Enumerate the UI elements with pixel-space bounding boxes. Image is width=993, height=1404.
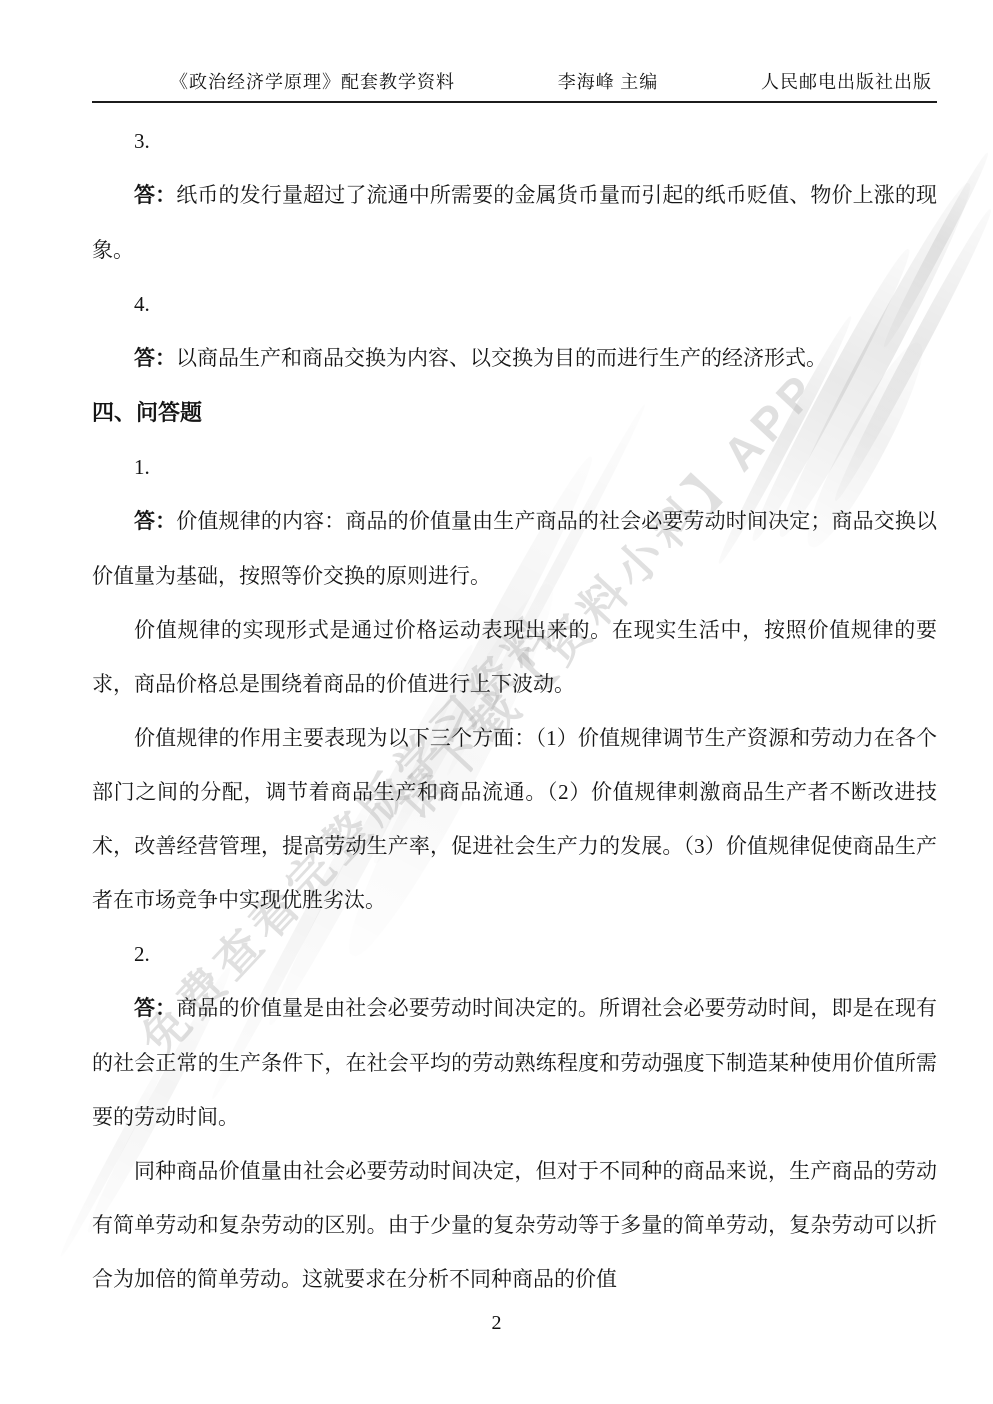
text-run: 四、问答题: [92, 400, 202, 425]
header-publisher: 人民邮电出版社出版: [761, 68, 932, 94]
text-run: 3.: [134, 129, 150, 153]
text-run: 2.: [134, 942, 150, 966]
header-rule: [92, 101, 937, 103]
paragraph: 价值规律的作用主要表现为以下三个方面：（1）价值规律调节生产资源和劳动力在各个部…: [92, 711, 937, 927]
text-run: 价值规律的内容：商品的价值量由生产商品的社会必要劳动时间决定；商品交换以价值量为…: [92, 509, 937, 588]
page-header: 《政治经济学原理》配套教学资料 李海峰 主编 人民邮电出版社出版: [92, 68, 937, 102]
text-run: 价值规律的作用主要表现为以下三个方面：（1）价值规律调节生产资源和劳动力在各个部…: [92, 726, 937, 912]
paragraph: 价值规律的实现形式是通过价格运动表现出来的。在现实生活中，按照价值规律的要求，商…: [92, 603, 937, 711]
header-editor: 李海峰 主编: [558, 68, 659, 94]
page-number: 2: [492, 1312, 502, 1334]
text-run: 1.: [134, 455, 150, 479]
text-run: 答：: [134, 510, 176, 533]
paragraph: 答：价值规律的内容：商品的价值量由生产商品的社会必要劳动时间决定；商品交换以价值…: [92, 494, 937, 603]
header-row: 《政治经济学原理》配套教学资料 李海峰 主编 人民邮电出版社出版: [170, 68, 932, 94]
document-body: 3.答：纸币的发行量超过了流通中所需要的金属货币量而引起的纸币贬值、物价上涨的现…: [92, 114, 937, 1306]
paragraph: 4.: [92, 277, 937, 331]
header-book-title: 《政治经济学原理》配套教学资料: [170, 68, 455, 94]
page-footer: 2: [0, 1312, 993, 1335]
text-run: 以商品生产和商品交换为内容、以交换为目的而进行生产的经济形式。: [176, 346, 827, 370]
paragraph: 答：商品的价值量是由社会必要劳动时间决定的。所谓社会必要劳动时间，即是在现有的社…: [92, 981, 937, 1144]
text-run: 纸币的发行量超过了流通中所需要的金属货币量而引起的纸币贬值、物价上涨的现象。: [92, 183, 937, 262]
text-run: 答：: [134, 997, 176, 1020]
paragraph: 答：纸币的发行量超过了流通中所需要的金属货币量而引起的纸币贬值、物价上涨的现象。: [92, 168, 937, 277]
paragraph: 2.: [92, 927, 937, 981]
document-page: 免费查看完整版学习资料 请下载【资料小料】APP 《政治经济学原理》配套教学资料…: [0, 0, 993, 1404]
paragraph: 答：以商品生产和商品交换为内容、以交换为目的而进行生产的经济形式。: [92, 331, 937, 386]
paragraph: 同种商品价值量由社会必要劳动时间决定，但对于不同种的商品来说，生产商品的劳动有简…: [92, 1144, 937, 1306]
text-run: 4.: [134, 292, 150, 316]
paragraph: 3.: [92, 114, 937, 168]
text-run: 商品的价值量是由社会必要劳动时间决定的。所谓社会必要劳动时间，即是在现有的社会正…: [92, 996, 937, 1129]
text-run: 答：: [134, 184, 176, 207]
section-heading: 四、问答题: [92, 386, 937, 440]
paragraph: 1.: [92, 440, 937, 494]
text-run: 价值规律的实现形式是通过价格运动表现出来的。在现实生活中，按照价值规律的要求，商…: [92, 618, 937, 696]
text-run: 同种商品价值量由社会必要劳动时间决定，但对于不同种的商品来说，生产商品的劳动有简…: [92, 1159, 937, 1291]
text-run: 答：: [134, 347, 176, 370]
